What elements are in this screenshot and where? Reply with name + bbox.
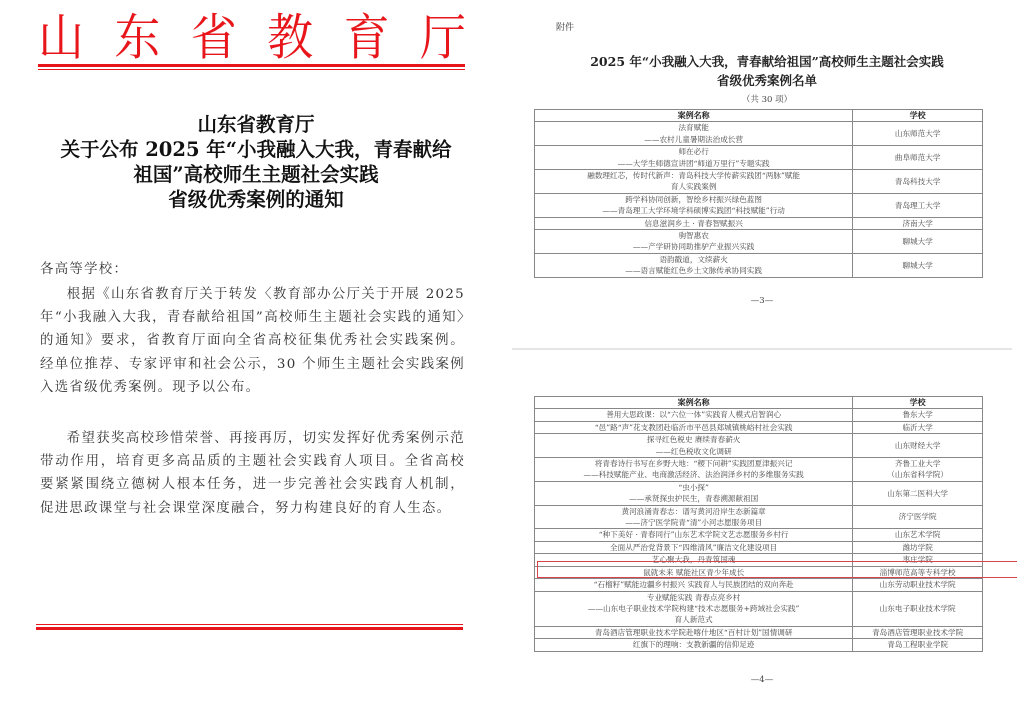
- school-line: 青岛工程职业学院: [855, 639, 980, 650]
- body-paragraph: 根据《山东省教育厅关于转发〈教育部办公厅关于开展 2025 年“小我融入大我，青…: [40, 283, 465, 399]
- case-name-cell: 黄河浪涌青春志：谱写黄河沿岸生态新篇章——济宁医学院青“清”小河志愿服务项目: [535, 505, 853, 529]
- red-divider: [38, 64, 465, 67]
- case-name-line: 专业赋能实践 青春点亮乡村: [537, 592, 850, 603]
- school-line: 山东师范大学: [855, 128, 980, 139]
- table-row: 将青春诗行书写在乡野大地：“稷下问耕”实践团夏津振兴记——科技赋能产业、电商激活…: [535, 458, 983, 482]
- case-name-line: 育人新范式: [537, 614, 850, 625]
- school-line: 聊城大学: [855, 236, 980, 247]
- list-title: 2025 年“小我融入大我，青春献给祖国”高校师生主题社会实践 省级优秀案例名单: [512, 52, 1022, 90]
- page-number: —4—: [512, 675, 1012, 685]
- school-cell: 曲阜师范大学: [853, 146, 983, 170]
- notice-title: 山东省教育厅 关于公布 2025 年“小我融入大我，青春献给 祖国”高校师生主题…: [0, 112, 512, 212]
- case-name-line: 鼠就未来 赋能社区青少年成长: [537, 567, 850, 578]
- school-line: 淄博师范高等专科学校: [855, 567, 980, 578]
- table-row: 探寻红色税史 赓续青春薪火——红色税收文化调研山东财经大学: [535, 434, 983, 458]
- case-name-cell: 红旗下的理响：支教新疆的信仰足迹: [535, 639, 853, 651]
- table-row: 专业赋能实践 青春点亮乡村——山东电子职业技术学院构建“技术志愿服务+跨域社会实…: [535, 591, 983, 626]
- header-case-name: 案例名称: [535, 397, 853, 409]
- school-line: 枣庄学院: [855, 554, 980, 565]
- page-separator: [512, 348, 1012, 350]
- case-name-cell: 融数理红芯，传时代新声：青岛科技大学传薪实践团“两脉”赋能育人实践案例: [535, 170, 853, 194]
- case-name-line: “邑”路“声”花支教团赴临沂市平邑县郑城镇桃峪村社会实践: [537, 422, 850, 433]
- table-row: “种下美好 · 青春同行”山东艺术学院文艺志愿服务乡村行山东艺术学院: [535, 529, 983, 541]
- school-line: 齐鲁工业大学: [855, 458, 980, 469]
- masthead-char: 东: [114, 0, 160, 70]
- cases-table: 案例名称 学校 法育赋能——农村儿童暑期法治成长营山东师范大学师在必行——大学生…: [534, 109, 983, 278]
- case-name-line: 黄河浪涌青春志：谱写黄河沿岸生态新篇章: [537, 506, 850, 517]
- school-cell: 青岛工程职业学院: [853, 639, 983, 651]
- masthead-char: 教: [267, 0, 313, 70]
- school-line: 济南大学: [855, 218, 980, 229]
- school-cell: 枣庄学院: [853, 554, 983, 566]
- case-name-line: ——产学研协同助推驴产业振兴实践: [537, 241, 850, 252]
- case-name-cell: 探寻红色税史 赓续青春薪火——红色税收文化调研: [535, 434, 853, 458]
- case-name-line: ——科技赋能产业、电商激活经济、法治润泽乡村的多维服务实践: [537, 469, 850, 480]
- attachment-label: 附件: [556, 20, 574, 33]
- table-header-row: 案例名称 学校: [535, 397, 983, 409]
- school-line: 鲁东大学: [855, 409, 980, 420]
- table-row: “石榴籽”赋能边疆乡村振兴 实践育人与民族团结的双向奔赴山东劳动职业技术学院: [535, 579, 983, 591]
- table-row: 师在必行——大学生师德宣讲团“师道万里行”专题实践曲阜师范大学: [535, 146, 983, 170]
- school-cell: 山东劳动职业技术学院: [853, 579, 983, 591]
- school-cell: 青岛理工大学: [853, 193, 983, 217]
- school-line: 山东艺术学院: [855, 529, 980, 540]
- table-row: 鼠就未来 赋能社区青少年成长淄博师范高等专科学校: [535, 566, 983, 578]
- case-name-line: ——农村儿童暑期法治成长营: [537, 134, 850, 145]
- case-name-cell: 法育赋能——农村儿童暑期法治成长营: [535, 122, 853, 146]
- table-row: 善用大思政课：以“六位一体”实践育人模式启智润心鲁东大学: [535, 409, 983, 421]
- table-row: 法育赋能——农村儿童暑期法治成长营山东师范大学: [535, 122, 983, 146]
- case-name-line: 红旗下的理响：支教新疆的信仰足迹: [537, 639, 850, 650]
- case-name-line: 跨学科协同创新，智绘乡村振兴绿色蓝图: [537, 194, 850, 205]
- masthead: 山 东 省 教 育 厅: [38, 6, 466, 62]
- school-cell: 鲁东大学: [853, 409, 983, 421]
- school-cell: 临沂大学: [853, 421, 983, 433]
- case-name-line: ——红色税收文化调研: [537, 446, 850, 457]
- school-line: 青岛酒店管理职业技术学院: [855, 627, 980, 638]
- case-name-cell: 青岛酒店管理职业技术学院赴喀什地区“百村计划”国情调研: [535, 626, 853, 638]
- school-line: 青岛理工大学: [855, 200, 980, 211]
- case-name-line: “石榴籽”赋能边疆乡村振兴 实践育人与民族团结的双向奔赴: [537, 579, 850, 590]
- count-note: （共 30 项）: [512, 93, 1022, 105]
- case-name-cell: 师在必行——大学生师德宣讲团“师道万里行”专题实践: [535, 146, 853, 170]
- case-name-cell: 艺心聚大我，丹青筑国魂: [535, 554, 853, 566]
- title-line: 2025 年“小我融入大我，青春献给祖国”高校师生主题社会实践: [512, 52, 1022, 71]
- case-name-line: 艺心聚大我，丹青筑国魂: [537, 554, 850, 565]
- case-name-line: 育人实践案例: [537, 181, 850, 192]
- school-cell: 青岛科技大学: [853, 170, 983, 194]
- red-divider: [36, 624, 463, 625]
- case-name-line: 融数理红芯，传时代新声：青岛科技大学传薪实践团“两脉”赋能: [537, 170, 850, 181]
- case-name-line: “虫小探”: [537, 482, 850, 493]
- case-name-cell: 语韵戳道，文续薪火——语言赋能红色乡土文脉传承协同实践: [535, 253, 853, 277]
- school-cell: 淄博师范高等专科学校: [853, 566, 983, 578]
- school-cell: 山东电子职业技术学院: [853, 591, 983, 626]
- case-name-cell: “邑”路“声”花支教团赴临沂市平邑县郑城镇桃峪村社会实践: [535, 421, 853, 433]
- case-name-line: ——济宁医学院青“清”小河志愿服务项目: [537, 517, 850, 528]
- school-cell: 青岛酒店管理职业技术学院: [853, 626, 983, 638]
- cases-table: 案例名称 学校 善用大思政课：以“六位一体”实践育人模式启智润心鲁东大学“邑”路…: [534, 396, 983, 652]
- case-name-cell: 跨学科协同创新，智绘乡村振兴绿色蓝图——青岛理工大学环境学科硕博实践团“科技赋能…: [535, 193, 853, 217]
- red-divider: [36, 627, 463, 630]
- table-row: 艺心聚大我，丹青筑国魂枣庄学院: [535, 554, 983, 566]
- case-name-line: ——大学生师德宣讲团“师道万里行”专题实践: [537, 158, 850, 169]
- school-line: 潍坊学院: [855, 542, 980, 553]
- table-row: “邑”路“声”花支教团赴临沂市平邑县郑城镇桃峪村社会实践临沂大学: [535, 421, 983, 433]
- salutation: 各高等学校：: [40, 258, 465, 281]
- case-name-line: 将青春诗行书写在乡野大地：“稷下问耕”实践团夏津振兴记: [537, 458, 850, 469]
- table-row: 全面从严治党背景下“四维清风”廉洁文化建设项目潍坊学院: [535, 541, 983, 553]
- case-name-line: 师在必行: [537, 146, 850, 157]
- case-name-line: 语韵戳道，文续薪火: [537, 254, 850, 265]
- header-school: 学校: [853, 110, 983, 122]
- school-line: 山东劳动职业技术学院: [855, 579, 980, 590]
- header-case-name: 案例名称: [535, 110, 853, 122]
- case-name-cell: 将青春诗行书写在乡野大地：“稷下问耕”实践团夏津振兴记——科技赋能产业、电商激活…: [535, 458, 853, 482]
- case-name-cell: “虫小探”——承贤探虫护民生，青春溯源献祖国: [535, 481, 853, 505]
- table-row: 融数理红芯，传时代新声：青岛科技大学传薪实践团“两脉”赋能育人实践案例青岛科技大…: [535, 170, 983, 194]
- page-number: —3—: [512, 296, 1012, 306]
- case-name-line: 青岛酒店管理职业技术学院赴喀什地区“百村计划”国情调研: [537, 627, 850, 638]
- school-line: 山东电子职业技术学院: [855, 603, 980, 614]
- school-cell: 齐鲁工业大学（山东省科学院）: [853, 458, 983, 482]
- case-name-line: 法育赋能: [537, 122, 850, 133]
- case-name-line: 探寻红色税史 赓续青春薪火: [537, 434, 850, 445]
- school-cell: 济宁医学院: [853, 505, 983, 529]
- school-line: 山东第二医科大学: [855, 488, 980, 499]
- case-name-cell: “石榴籽”赋能边疆乡村振兴 实践育人与民族团结的双向奔赴: [535, 579, 853, 591]
- school-cell: 山东艺术学院: [853, 529, 983, 541]
- school-line: 济宁医学院: [855, 511, 980, 522]
- case-name-cell: 善用大思政课：以“六位一体”实践育人模式启智润心: [535, 409, 853, 421]
- case-name-cell: “种下美好 · 青春同行”山东艺术学院文艺志愿服务乡村行: [535, 529, 853, 541]
- school-cell: 济南大学: [853, 217, 983, 229]
- title-line: 关于公布 2025 年“小我融入大我，青春献给: [0, 137, 512, 162]
- case-name-cell: 全面从严治党背景下“四维清风”廉洁文化建设项目: [535, 541, 853, 553]
- masthead-char: 省: [191, 0, 237, 70]
- table-row: 黄河浪涌青春志：谱写黄河沿岸生态新篇章——济宁医学院青“清”小河志愿服务项目济宁…: [535, 505, 983, 529]
- case-name-line: 驹智惠农: [537, 230, 850, 241]
- school-line: 临沂大学: [855, 422, 980, 433]
- school-cell: 潍坊学院: [853, 541, 983, 553]
- case-name-line: ——语言赋能红色乡土文脉传承协同实践: [537, 265, 850, 276]
- case-name-cell: 鼠就未来 赋能社区青少年成长: [535, 566, 853, 578]
- table-row: 驹智惠农——产学研协同助推驴产业振兴实践聊城大学: [535, 230, 983, 254]
- school-line: 聊城大学: [855, 260, 980, 271]
- school-cell: 聊城大学: [853, 253, 983, 277]
- case-name-line: ——山东电子职业技术学院构建“技术志愿服务+跨域社会实践”: [537, 603, 850, 614]
- case-name-line: ——青岛理工大学环境学科硕博实践团“科技赋能”行动: [537, 205, 850, 216]
- body-paragraph: 希望获奖高校珍惜荣誉、再接再厉，切实发挥好优秀案例示范带动作用，培育更多高品质的…: [40, 427, 465, 520]
- table-row: 跨学科协同创新，智绘乡村振兴绿色蓝图——青岛理工大学环境学科硕博实践团“科技赋能…: [535, 193, 983, 217]
- school-cell: 聊城大学: [853, 230, 983, 254]
- masthead-char: 厅: [420, 0, 466, 70]
- table-row: 信息滋润乡土 · 青春智赋振兴济南大学: [535, 217, 983, 229]
- case-name-cell: 专业赋能实践 青春点亮乡村——山东电子职业技术学院构建“技术志愿服务+跨域社会实…: [535, 591, 853, 626]
- case-name-line: 善用大思政课：以“六位一体”实践育人模式启智润心: [537, 409, 850, 420]
- masthead-char: 育: [344, 0, 390, 70]
- header-school: 学校: [853, 397, 983, 409]
- school-line: 青岛科技大学: [855, 176, 980, 187]
- attachment-page-3: 附件 2025 年“小我融入大我，青春献给祖国”高校师生主题社会实践 省级优秀案…: [512, 0, 1024, 350]
- title-line: 省级优秀案例名单: [512, 71, 1022, 90]
- case-name-line: 信息滋润乡土 · 青春智赋振兴: [537, 218, 850, 229]
- school-line: （山东省科学院）: [855, 469, 980, 480]
- case-name-line: 全面从严治党背景下“四维清风”廉洁文化建设项目: [537, 542, 850, 553]
- school-cell: 山东第二医科大学: [853, 481, 983, 505]
- table-row: 青岛酒店管理职业技术学院赴喀什地区“百村计划”国情调研青岛酒店管理职业技术学院: [535, 626, 983, 638]
- red-divider: [38, 69, 465, 70]
- title-line: 山东省教育厅: [0, 112, 512, 137]
- case-name-cell: 驹智惠农——产学研协同助推驴产业振兴实践: [535, 230, 853, 254]
- school-line: 山东财经大学: [855, 440, 980, 451]
- school-cell: 山东财经大学: [853, 434, 983, 458]
- case-name-line: ——承贤探虫护民生，青春溯源献祖国: [537, 493, 850, 504]
- title-line: 祖国”高校师生主题社会实践: [0, 162, 512, 187]
- masthead-char: 山: [38, 0, 84, 70]
- title-line: 省级优秀案例的通知: [0, 187, 512, 212]
- notice-page: 山 东 省 教 育 厅 山东省教育厅 关于公布 2025 年“小我融入大我，青春…: [0, 0, 512, 712]
- school-cell: 山东师范大学: [853, 122, 983, 146]
- table-row: “虫小探”——承贤探虫护民生，青春溯源献祖国山东第二医科大学: [535, 481, 983, 505]
- case-name-cell: 信息滋润乡土 · 青春智赋振兴: [535, 217, 853, 229]
- case-name-line: “种下美好 · 青春同行”山东艺术学院文艺志愿服务乡村行: [537, 529, 850, 540]
- table-row: 语韵戳道，文续薪火——语言赋能红色乡土文脉传承协同实践聊城大学: [535, 253, 983, 277]
- school-line: 曲阜师范大学: [855, 152, 980, 163]
- table-header-row: 案例名称 学校: [535, 110, 983, 122]
- table-row: 红旗下的理响：支教新疆的信仰足迹青岛工程职业学院: [535, 639, 983, 651]
